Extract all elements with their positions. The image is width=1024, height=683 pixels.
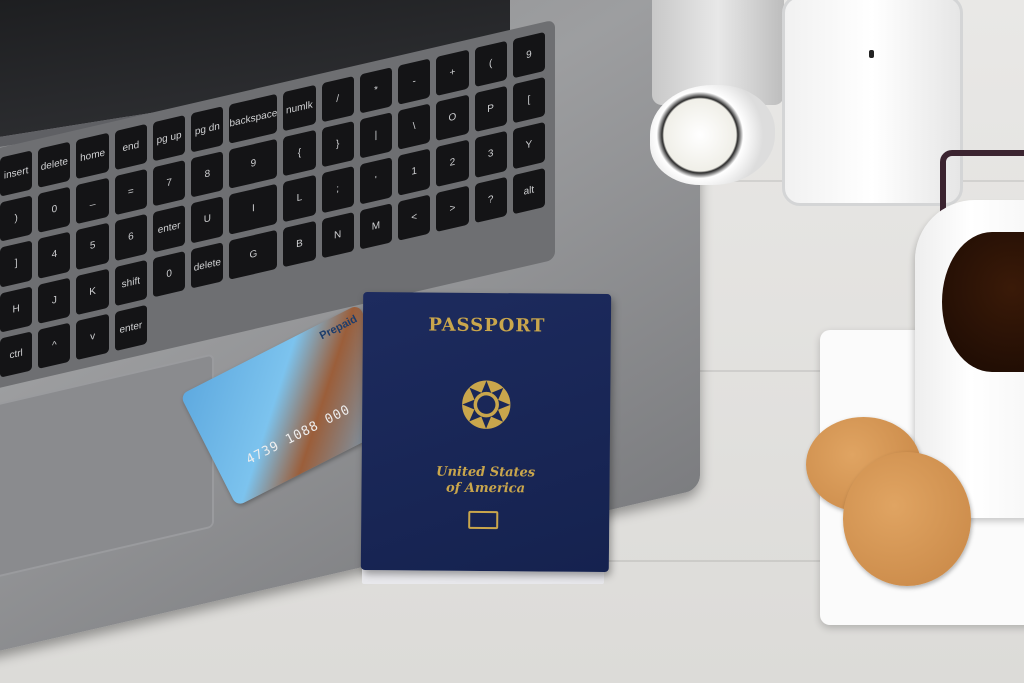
keyboard-key: U [191,196,223,243]
biometric-chip-icon [468,511,498,529]
keyboard-key: < [398,194,430,241]
passport-country: United States of America [361,464,609,498]
passport: PASSPORT ❂ United States of America [361,292,611,572]
keyboard-key: v [76,313,108,360]
keyboard-key: end [115,124,147,171]
keyboard-key: | [360,112,392,159]
keyboard-key: O [436,95,468,142]
keyboard-key: B [283,220,315,267]
keyboard-key: J [38,277,70,324]
keyboard-key: ; [322,166,354,213]
keyboard-key: Y [513,122,545,169]
keyboard-key: ] [0,241,32,288]
keyboard-key: ctrl [0,331,32,378]
keyboard-key: K [76,268,108,315]
keyboard-key: 9 [513,32,545,79]
keyboard-key: N [322,212,354,259]
keyboard-key: 2 [436,140,468,187]
keyboard-key: + [436,50,468,97]
keyboard-key: pg dn [191,106,223,153]
keyboard-key: 3 [475,131,507,178]
keyboard-key: ^ [38,322,70,369]
keyboard-key: = [115,169,147,216]
keyboard-key: delete [191,242,223,289]
keyboard-key: * [360,67,392,114]
keyboard-key: 0 [38,187,70,234]
seashell [650,85,775,185]
keyboard-key: 9 [229,139,277,189]
keyboard-key: 8 [191,151,223,198]
keyboard-key: ( [475,41,507,88]
keyboard-key: enter [153,205,185,252]
keyboard-key: ? [475,176,507,223]
keyboard-key: ' [360,158,392,205]
keyboard-key: backspace [229,94,277,144]
keyboard-key: delete [38,141,70,188]
keyboard-key: enter [115,305,147,352]
keyboard-key: ) [0,195,32,242]
candle-jar [782,0,963,206]
keyboard-key: 0 [153,251,185,298]
keyboard-key: \ [398,104,430,151]
keyboard-key: [ [513,77,545,124]
country-line-2: of America [361,480,609,498]
keyboard-key: G [229,229,277,279]
keyboard-key: shift [115,259,147,306]
keyboard-key: } [322,121,354,168]
keyboard-key: { [283,130,315,177]
keyboard-key: numlk [283,85,315,132]
keyboard-key: 6 [115,214,147,261]
keyboard-key: insert [0,150,32,197]
keyboard-key: 4 [38,232,70,279]
keyboard-key: 7 [153,160,185,207]
keyboard-key: - [398,58,430,105]
candle-wick [869,50,874,58]
keyboard-key: I [229,184,277,234]
keyboard-key: H [0,286,32,333]
keyboard-key: > [436,185,468,232]
keyboard-key: 1 [398,149,430,196]
cookie [843,452,971,586]
keyboard-key: / [322,76,354,123]
passport-title: PASSPORT [363,314,611,337]
keyboard-key: L [283,175,315,222]
keyboard-key: pg up [153,115,185,162]
keyboard-key: 5 [76,223,108,270]
keyboard-key: _ [76,178,108,225]
keyboard-key: M [360,203,392,250]
keyboard-key: P [475,86,507,133]
keyboard-key: alt [513,167,545,214]
keyboard-key: home [76,133,108,180]
eagle-seal-icon: ❂ [440,363,533,450]
